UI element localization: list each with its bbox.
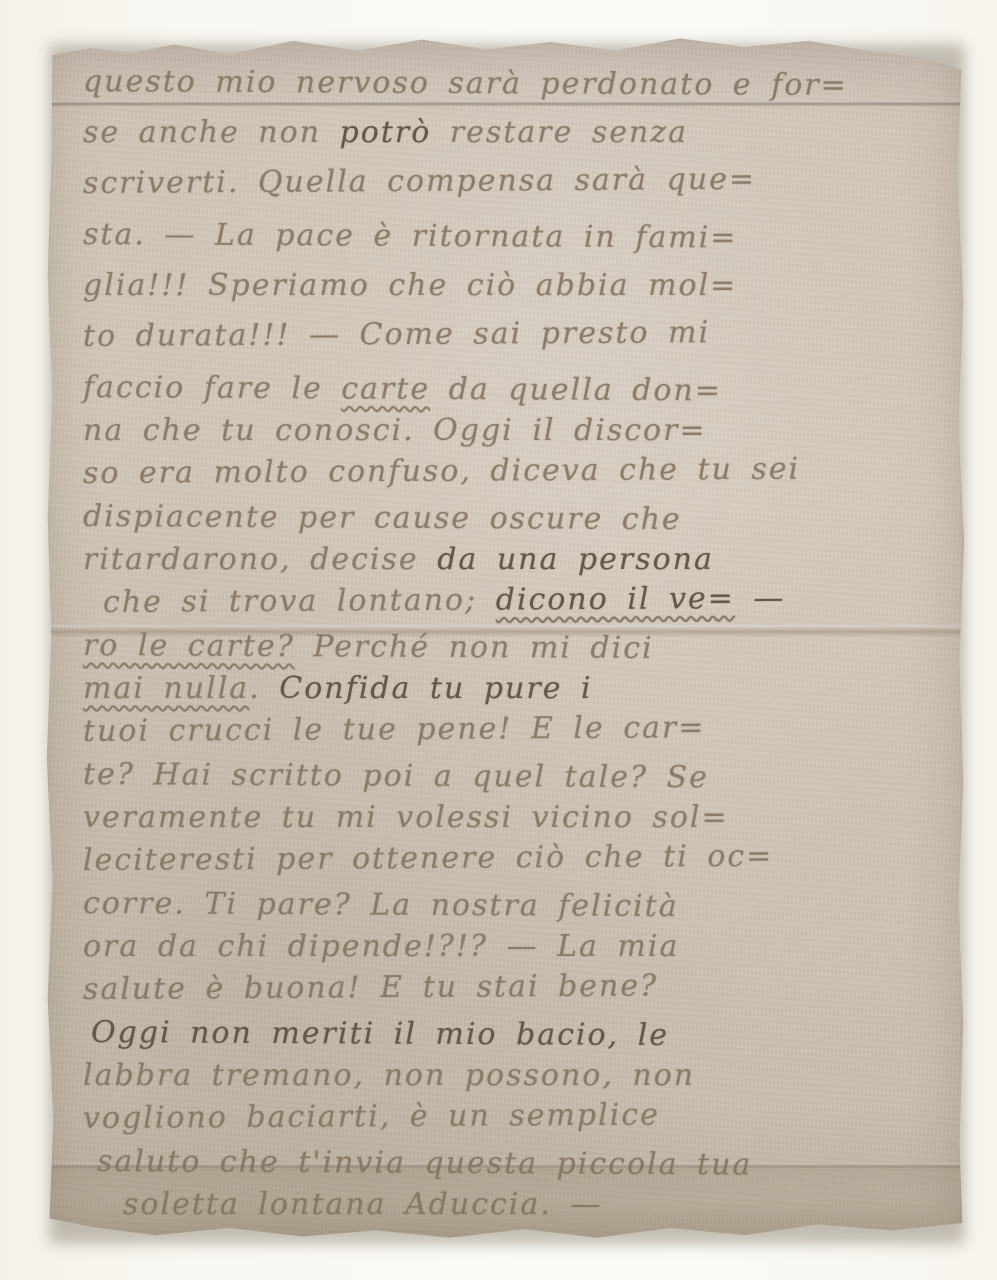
letter-line: ritardarono, decise da una persona (83, 538, 947, 581)
letter-line: te? Hai scritto poi a quel tale? Se (83, 753, 947, 801)
letter-text-segment: glia!!! Speriamo che ciò abbia mol= (83, 268, 737, 303)
letter-text-segment: Confida tu pure i (279, 671, 592, 706)
letter-text-segment: faccio fare le (83, 370, 341, 406)
letter-text-segment: . (249, 671, 279, 706)
letter-line: ro le carte? Perché non mi dici (83, 624, 947, 672)
letter-line: corre. Ti pare? La nostra felicità (83, 882, 947, 930)
letter-line: se anche non potrò restare senza (83, 111, 947, 154)
letter-line: mai nulla. Confida tu pure i (83, 667, 947, 710)
letter-lines: questo mio nervoso sarà perdonato e for=… (83, 60, 947, 1226)
letter-text-segment: to durata!!! — Come sai presto mi (83, 315, 710, 354)
letter-text-segment: da una persona (437, 542, 714, 577)
letter-line: che si trova lontano; dicono il ve= — (103, 576, 947, 624)
letter-text-segment: te? Hai scritto poi a quel tale? Se (83, 757, 709, 795)
letter-line: dispiacente per cause oscure che (83, 495, 947, 543)
letter-text-segment: veramente tu mi volessi vicino sol= (83, 800, 729, 835)
letter-page: questo mio nervoso sarà perdonato e for=… (45, 36, 965, 1240)
letter-text-segment: questo mio nervoso sarà perdonato e for= (83, 64, 848, 103)
letter-line: salute è buona! E tu stai bene? (83, 963, 947, 1011)
letter-text-segment: dicono il ve= (496, 581, 735, 617)
letter-text-segment: da quella don= (430, 372, 722, 409)
letter-text-segment: na che tu conosci. Oggi il discor= (83, 413, 707, 448)
letter-text-segment: saluto che t'invia questa piccola tua (97, 1144, 753, 1182)
letter-text-segment: mai nulla (83, 671, 249, 706)
letter-line: Oggi non meriti il mio bacio, le (91, 1011, 947, 1058)
letter-text-segment: so era molto confuso, diceva che tu sei (83, 452, 800, 491)
letter-text-segment: carte (341, 371, 430, 406)
letter-text-segment: scriverti. Quella compensa sarà que= (83, 162, 756, 201)
letter-text-segment: corre. Ti pare? La nostra felicità (83, 886, 679, 924)
letter-text-segment: che si trova lontano; (103, 583, 496, 620)
letter-line: questo mio nervoso sarà perdonato e for= (83, 60, 947, 108)
letter-line: faccio fare le carte da quella don= (83, 366, 947, 414)
letter-line: ora da chi dipende!?!? — La mia (83, 925, 947, 968)
letter-text-segment: se anche non (83, 115, 340, 150)
letter-line: to durata!!! — Come sai presto mi (83, 310, 947, 358)
letter-line: na che tu conosci. Oggi il discor= (83, 409, 947, 452)
letter-line: scriverti. Quella compensa sarà que= (83, 157, 947, 205)
letter-text-segment: Perché non mi dici (295, 629, 654, 666)
letter-text-segment: sta. — La pace è ritornata in fami= (83, 217, 738, 255)
letter-text-segment: restare senza (431, 115, 688, 150)
letter-line: saluto che t'invia questa piccola tua (97, 1140, 947, 1187)
letter-text-segment: ritardarono, decise (83, 542, 437, 577)
letter-text-segment: soletta lontana Aduccia. — (123, 1187, 602, 1222)
letter-line: tuoi crucci le tue pene! E le car= (83, 705, 947, 753)
letter-text-segment: — (735, 581, 786, 616)
letter-line: glia!!! Speriamo che ciò abbia mol= (83, 264, 947, 307)
letter-text-segment: ora da chi dipende!?!? — La mia (83, 929, 679, 964)
letter-line: veramente tu mi volessi vicino sol= (83, 796, 947, 839)
letter-text-segment: salute è buona! E tu stai bene? (83, 968, 658, 1007)
letter-text-segment: Oggi non meriti il mio bacio, le (91, 1015, 669, 1053)
letter-text-segment: vogliono baciarti, è un semplice (83, 1097, 660, 1136)
letter-text-segment: dispiacente per cause oscure che (83, 499, 682, 537)
letter-text-segment: potrò (340, 115, 432, 150)
letter-text-segment: ro le carte? (83, 628, 295, 664)
letter-text-segment: leciteresti per ottenere ciò che ti oc= (83, 839, 773, 878)
letter-line: so era molto confuso, diceva che tu sei (83, 447, 947, 495)
letter-line: soletta lontana Aduccia. — (123, 1183, 947, 1226)
letter-line: vogliono baciarti, è un semplice (83, 1092, 947, 1140)
letter-text-segment: labbra tremano, non possono, non (83, 1058, 695, 1093)
letter-line: leciteresti per ottenere ciò che ti oc= (83, 834, 947, 882)
letter-line: labbra tremano, non possono, non (83, 1054, 947, 1097)
letter-text-segment: tuoi crucci le tue pene! E le car= (83, 710, 706, 749)
letter-line: sta. — La pace è ritornata in fami= (83, 213, 947, 261)
